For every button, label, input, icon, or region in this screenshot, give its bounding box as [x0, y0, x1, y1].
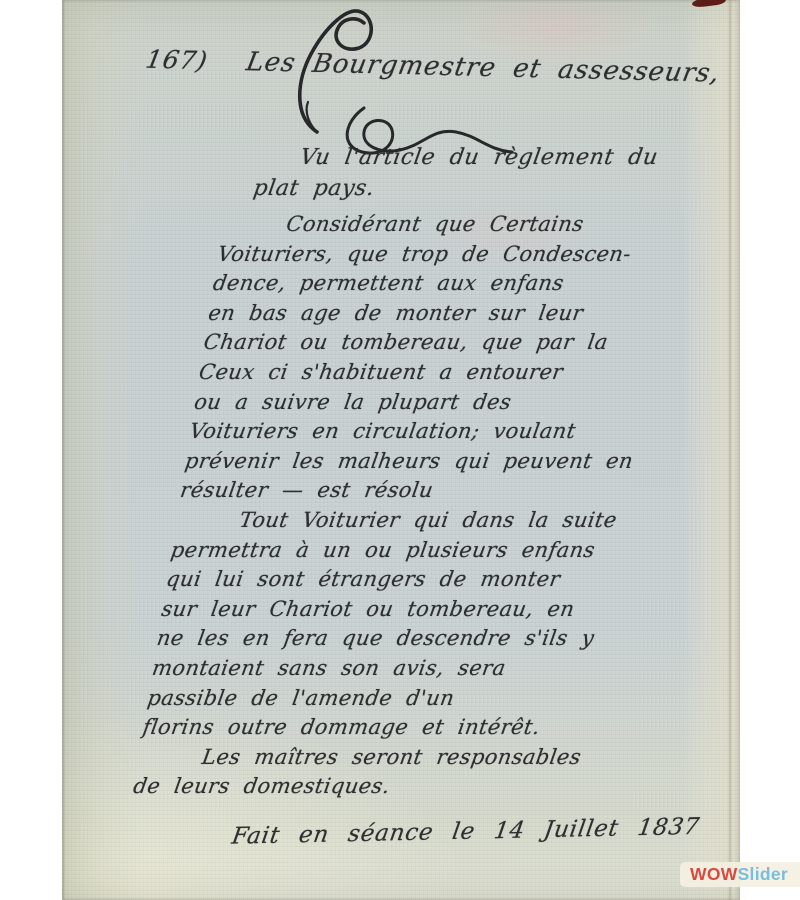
- manuscript-page: 167) Les Bourgmestre et assesseurs, Vu l…: [62, 0, 740, 900]
- wowslider-watermark[interactable]: WOWSlider: [680, 862, 800, 887]
- manuscript-line: Vu l'article du règlement du: [180, 142, 765, 173]
- manuscript-line: Chariot ou tombereau, que par la: [201, 328, 781, 358]
- manuscript-line: passible de l'amende d'un: [145, 684, 725, 714]
- dateline: Fait en séance le 14 Juillet 1837: [230, 812, 774, 849]
- document-number: 167): [144, 45, 211, 75]
- manuscript-line: montaient sans son avis, sera: [150, 654, 730, 684]
- manuscript-line: ou a suivre la plupart des: [192, 388, 772, 418]
- manuscript-line: florins outre dommage et intérêt.: [141, 713, 721, 743]
- photo-frame: 167) Les Bourgmestre et assesseurs, Vu l…: [0, 0, 800, 900]
- manuscript-line: sur leur Chariot ou tombereau, en: [159, 595, 739, 625]
- binding-mark: [692, 0, 727, 8]
- manuscript-line: Voituriers en circulation; voulant: [187, 417, 767, 447]
- manuscript-line: prévenir les malheurs qui peuvent en: [183, 447, 763, 477]
- manuscript-line: de leurs domestiques.: [131, 772, 711, 802]
- manuscript-line: Ceux ci s'habituent a entourer: [197, 358, 777, 388]
- watermark-brand-first: WOW: [690, 864, 738, 885]
- manuscript-line: en bas age de monter sur leur: [206, 299, 786, 329]
- page-title: Les Bourgmestre et assesseurs,: [244, 47, 723, 88]
- manuscript-body: Considérant que Certains Voituriers, que…: [131, 210, 800, 802]
- manuscript-line: plat pays.: [175, 173, 760, 204]
- manuscript-line: Voituriers, que trop de Condescen-: [215, 240, 795, 270]
- heading-row: 167) Les Bourgmestre et assesseurs,: [143, 45, 748, 90]
- manuscript-line: Les maîtres seront responsables: [136, 743, 716, 773]
- subject-clause: Vu l'article du règlement du plat pays.: [175, 142, 765, 204]
- manuscript-line: permettra à un ou plusieurs enfans: [169, 536, 749, 566]
- manuscript-line: qui lui sont étrangers de monter: [164, 565, 744, 595]
- manuscript-line: Tout Voiturier qui dans la suite: [173, 506, 753, 536]
- manuscript-line: résulter — est résolu: [178, 476, 758, 506]
- manuscript-line: dence, permettent aux enfans: [211, 269, 791, 299]
- watermark-brand-second: Slider: [738, 864, 788, 885]
- manuscript-line: Considérant que Certains: [220, 210, 800, 240]
- manuscript-line: ne les en fera que descendre s'ils y: [155, 624, 735, 654]
